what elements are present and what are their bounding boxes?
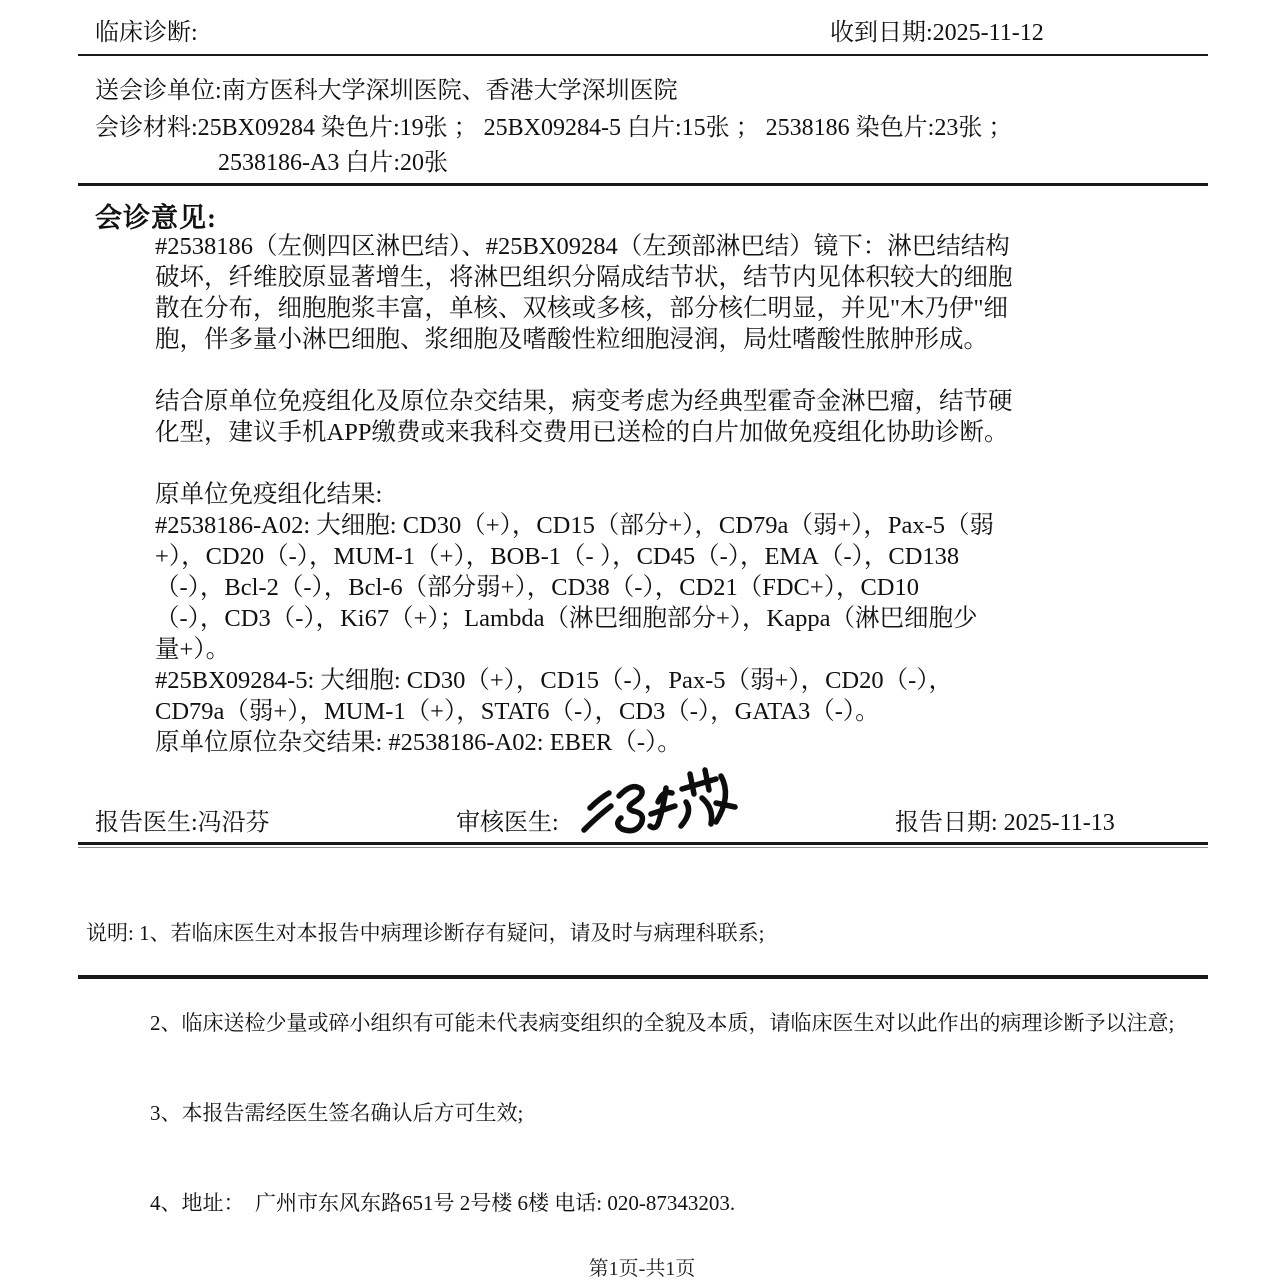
report-doctor-name: 冯沿芬 [198, 810, 270, 836]
paragraph-gap [155, 355, 1013, 386]
received-date-label: 收到日期: [830, 20, 933, 46]
opinion-p2-line: 结合原单位免疫组化及原位杂交结果，病变考虑为经典型霍奇金淋巴瘤，结节硬 [155, 386, 1013, 417]
note-line-1: 说明: 1、若临床医生对本报告中病理诊断存有疑问，请及时与病理科联系; [86, 918, 1174, 948]
received-date-value: 2025-11-12 [933, 20, 1044, 46]
ihc1-line: #2538186-A02: 大细胞: CD30（+），CD15（部分+），CD7… [155, 510, 1013, 541]
opinion-p1-line: 胞，伴多量小淋巴细胞、浆细胞及嗜酸性粒细胞浸润，局灶嗜酸性脓肿形成。 [155, 324, 1013, 355]
review-doctor-label: 审核医生: [456, 808, 559, 839]
opinion-p1-line: #2538186（左侧四区淋巴结）、#25BX09284（左颈部淋巴结）镜下：淋… [155, 231, 1013, 262]
page-number: 第1页-共1页 [0, 1252, 1284, 1281]
paragraph-gap [155, 448, 1013, 479]
ihc1-line: 量+）。 [155, 634, 1013, 665]
referral-unit-label: 送会诊单位: [95, 78, 222, 104]
note-item-4: 4、地址： 广州市东风东路651号 2号楼 6楼 电话: 020-8734320… [86, 1188, 1174, 1218]
notes-label: 说明: [86, 921, 139, 945]
materials-value-1: 25BX09284 染色片:19张 ； 25BX09284-5 白片:15张 ；… [198, 115, 1013, 141]
note-item-1: 1、若临床医生对本报告中病理诊断存有疑问，请及时与病理科联系; [139, 921, 764, 945]
ihc1-line: +），CD20（-），MUM-1（+），BOB-1（- ），CD45（-），EM… [155, 541, 1013, 572]
referral-unit-line: 送会诊单位:南方医科大学深圳医院、香港大学深圳医院 [95, 76, 678, 107]
ish-line: 原单位原位杂交结果: #2538186-A02: EBER（-）。 [155, 727, 1013, 758]
received-date: 收到日期:2025-11-12 [830, 18, 1044, 49]
review-doctor-signature-icon [578, 762, 753, 844]
clinical-diagnosis-label: 临床诊断: [95, 18, 198, 49]
materials-line-2: 2538186-A3 白片:20张 [218, 148, 448, 179]
ihc-header: 原单位免疫组化结果: [155, 479, 1013, 510]
report-date-value: 2025-11-13 [1004, 810, 1115, 836]
divider-bottom [78, 975, 1208, 979]
opinion-body: #2538186（左侧四区淋巴结）、#25BX09284（左颈部淋巴结）镜下：淋… [155, 231, 1013, 758]
note-item-3: 3、本报告需经医生签名确认后方可生效; [86, 1098, 1174, 1128]
ihc2-line: #25BX09284-5: 大细胞: CD30（+），CD15（-），Pax-5… [155, 665, 1013, 696]
notes-block: 说明: 1、若临床医生对本报告中病理诊断存有疑问，请及时与病理科联系; 2、临床… [86, 858, 1174, 1248]
opinion-p1-line: 破坏，纤维胶原显著增生，将淋巴组织分隔成结节状，结节内见体积较大的细胞 [155, 262, 1013, 293]
divider-signature [78, 842, 1208, 845]
ihc2-line: CD79a（弱+），MUM-1（+），STAT6（-），CD3（-），GATA3… [155, 696, 1013, 727]
divider-signature-shadow [78, 847, 1208, 848]
note-item-2: 2、临床送检少量或碎小组织有可能未代表病变组织的全貌及本质，请临床医生对以此作出… [86, 1008, 1174, 1038]
opinion-p2-line: 化型，建议手机APP缴费或来我科交费用已送检的白片加做免疫组化协助诊断。 [155, 417, 1013, 448]
divider-top [78, 54, 1208, 56]
report-doctor: 报告医生:冯沿芬 [95, 808, 270, 839]
report-date: 报告日期: 2025-11-13 [895, 808, 1115, 839]
materials-line-1: 会诊材料:25BX09284 染色片:19张 ； 25BX09284-5 白片:… [95, 113, 1012, 144]
opinion-title: 会诊意见: [95, 196, 217, 235]
materials-label: 会诊材料: [95, 115, 198, 141]
referral-unit-value: 南方医科大学深圳医院、香港大学深圳医院 [222, 78, 678, 104]
ihc1-line: （-），CD3（-），Ki67（+）；Lambda（淋巴细胞部分+），Kappa… [155, 603, 1013, 634]
report-date-label: 报告日期: [895, 810, 1004, 836]
ihc1-line: （-），Bcl-2（-），Bcl-6（部分弱+），CD38（-），CD21（FD… [155, 572, 1013, 603]
divider-materials [78, 183, 1208, 186]
opinion-p1-line: 散在分布，细胞胞浆丰富，单核、双核或多核，部分核仁明显，并见"木乃伊"细 [155, 293, 1013, 324]
report-doctor-label: 报告医生: [95, 810, 198, 836]
